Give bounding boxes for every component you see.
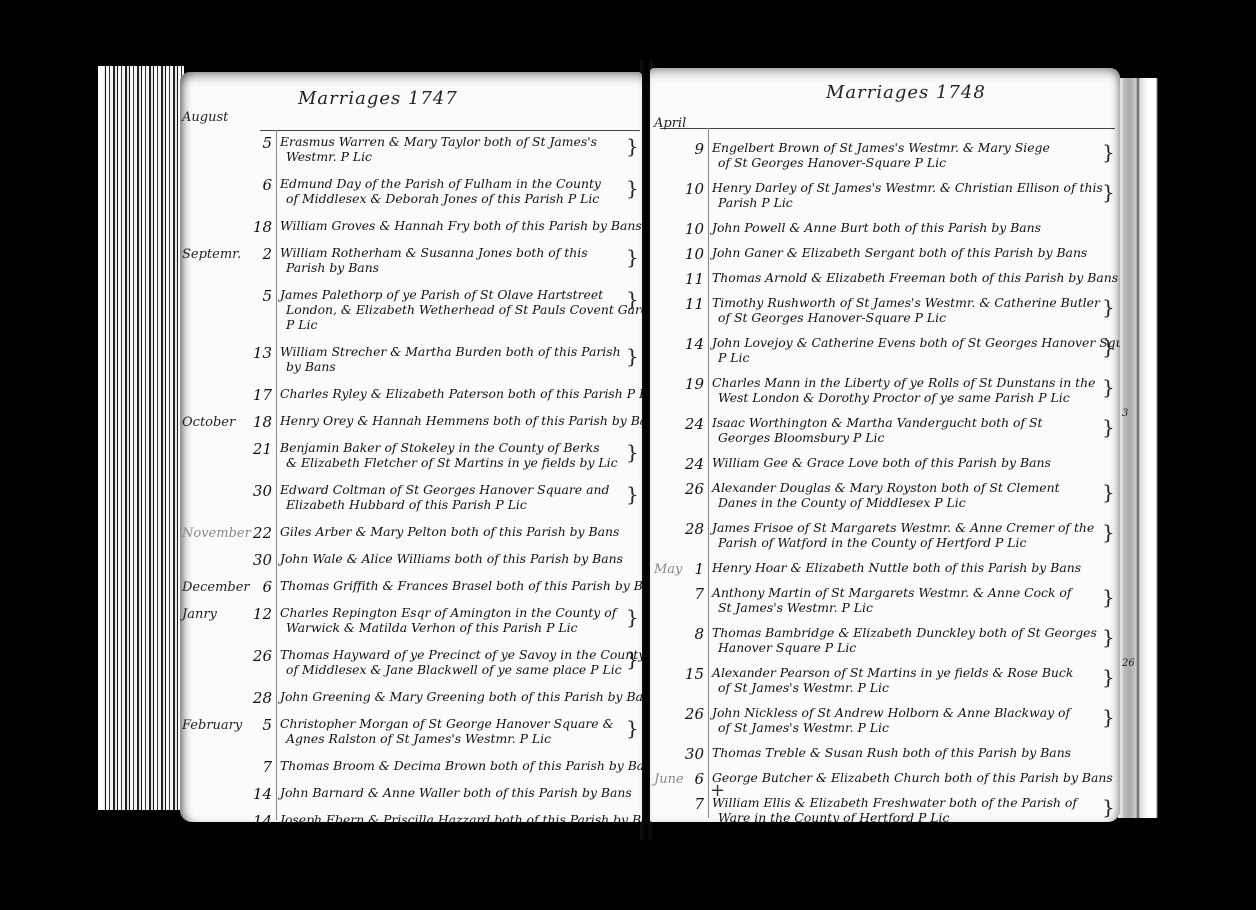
entry-text: George Butcher & Elizabeth Church both o… [712, 770, 1113, 785]
entry-text: William Gee & Grace Love both of this Pa… [712, 455, 1051, 470]
entry-day: 26 [676, 480, 704, 498]
entry-day: 6 [244, 578, 272, 596]
entry-text: Anthony Martin of St Margarets Westmr. &… [712, 585, 1071, 615]
date-column-rule [276, 130, 277, 820]
entry-brace: } [1102, 522, 1115, 542]
entry-line: & Elizabeth Fletcher of St Martins in ye… [280, 455, 618, 470]
entry-text: Thomas Broom & Decima Brown both of this… [280, 758, 642, 773]
entry-brace: } [1102, 142, 1115, 162]
entry-brace: } [626, 136, 639, 156]
entry-text: William Rotherham & Susanna Jones both o… [280, 245, 588, 275]
entry-line: John Powell & Anne Burt both of this Par… [712, 220, 1041, 235]
entry-line: Alexander Douglas & Mary Royston both of… [712, 480, 1060, 495]
entry-line: Alexander Pearson of St Martins in ye fi… [712, 665, 1073, 680]
date-column-rule [708, 128, 709, 818]
entry-line: Christopher Morgan of St George Hanover … [280, 716, 614, 731]
entry-line: Thomas Griffith & Frances Brasel both of… [280, 578, 642, 593]
entry-brace: } [1102, 482, 1115, 502]
entry-day: 8 [676, 625, 704, 643]
entry-text: Charles Mann in the Liberty of ye Rolls … [712, 375, 1095, 405]
entry-line: Benjamin Baker of Stokeley in the County… [280, 440, 618, 455]
entry-line: Thomas Treble & Susan Rush both of this … [712, 745, 1071, 760]
entry-day: 5 [244, 716, 272, 734]
header-rule [260, 130, 640, 131]
entry-line: Parish by Bans [280, 260, 588, 275]
edge-mark: 3 [1122, 408, 1128, 419]
entry-brace: } [626, 607, 639, 627]
entry-line: Erasmus Warren & Mary Taylor both of St … [280, 134, 597, 149]
entry-line: Charles Mann in the Liberty of ye Rolls … [712, 375, 1095, 390]
entry-text: Henry Hoar & Elizabeth Nuttle both of th… [712, 560, 1081, 575]
entry-text: John Nickless of St Andrew Holborn & Ann… [712, 705, 1070, 735]
entry-line: P Lic [712, 350, 1120, 365]
entry-day: 10 [676, 220, 704, 238]
entry-brace: } [1102, 667, 1115, 687]
entry-brace: } [1102, 627, 1115, 647]
entry-brace: } [626, 346, 639, 366]
cross-mark: + [710, 780, 725, 801]
left-page: Marriages 1747 August5Erasmus Warren & M… [180, 72, 642, 822]
entry-text: Henry Darley of St James's Westmr. & Chr… [712, 180, 1103, 210]
right-page-stack-edges: 3 26 [1118, 78, 1168, 818]
month-label: Janry [182, 607, 217, 622]
entry-line: Hanover Square P Lic [712, 640, 1097, 655]
entry-line: of St Georges Hanover-Square P Lic [712, 155, 1050, 170]
entry-brace: } [626, 484, 639, 504]
entry-text: John Ganer & Elizabeth Sergant both of t… [712, 245, 1087, 260]
entry-line: Parish of Watford in the County of Hertf… [712, 535, 1094, 550]
entry-line: West London & Dorothy Proctor of ye same… [712, 390, 1095, 405]
entry-day: 28 [244, 689, 272, 707]
entry-line: Parish P Lic [712, 195, 1103, 210]
entry-brace: } [1102, 297, 1115, 317]
entry-line: John Lovejoy & Catherine Evens both of S… [712, 335, 1120, 350]
entry-line: Westmr. P Lic [280, 149, 597, 164]
entry-line: William Ellis & Elizabeth Freshwater bot… [712, 795, 1077, 810]
entry-line: Agnes Ralston of St James's Westmr. P Li… [280, 731, 614, 746]
entry-line: Joseph Ebern & Priscilla Hazzard both of… [280, 812, 642, 822]
entry-text: John Barnard & Anne Waller both of this … [280, 785, 632, 800]
month-label: February [182, 718, 242, 733]
entry-line: Henry Darley of St James's Westmr. & Chr… [712, 180, 1103, 195]
entry-text: Timothy Rushworth of St James's Westmr. … [712, 295, 1100, 325]
entry-text: Edmund Day of the Parish of Fulham in th… [280, 176, 601, 206]
entry-day: 5 [244, 134, 272, 152]
entry-text: John Greening & Mary Greening both of th… [280, 689, 642, 704]
entry-day: 30 [244, 482, 272, 500]
entry-line: Edmund Day of the Parish of Fulham in th… [280, 176, 601, 191]
entry-line: James Frisoe of St Margarets Westmr. & A… [712, 520, 1094, 535]
entry-day: 9 [676, 140, 704, 158]
entry-line: of St James's Westmr. P Lic [712, 720, 1070, 735]
month-label: October [182, 415, 235, 430]
entry-line: Isaac Worthington & Martha Vandergucht b… [712, 415, 1042, 430]
right-page: Marriages 1748 April9Engelbert Brown of … [650, 68, 1120, 822]
entry-brace: } [1102, 417, 1115, 437]
entry-text: Thomas Treble & Susan Rush both of this … [712, 745, 1071, 760]
entry-text: Charles Repington Esqr of Amington in th… [280, 605, 616, 635]
entry-line: P Lic [280, 317, 642, 332]
entry-line: Charles Ryley & Elizabeth Paterson both … [280, 386, 642, 401]
entry-text: William Strecher & Martha Burden both of… [280, 344, 621, 374]
page-heading: Marriages 1747 [298, 88, 458, 109]
entry-line: John Barnard & Anne Waller both of this … [280, 785, 632, 800]
entry-day: 18 [244, 218, 272, 236]
entry-line: Ware in the County of Hertford P Lic [712, 810, 1077, 822]
entry-line: Warwick & Matilda Verhon of this Parish … [280, 620, 616, 635]
entry-text: Isaac Worthington & Martha Vandergucht b… [712, 415, 1042, 445]
entry-day: 1 [676, 560, 704, 578]
entry-day: 12 [244, 605, 272, 623]
entry-text: Charles Ryley & Elizabeth Paterson both … [280, 386, 642, 401]
month-label: Septemr. [182, 247, 241, 262]
entry-day: 7 [244, 758, 272, 776]
entry-day: 6 [244, 176, 272, 194]
entry-line: Thomas Arnold & Elizabeth Freeman both o… [712, 270, 1118, 285]
entry-text: Benjamin Baker of Stokeley in the County… [280, 440, 618, 470]
entry-day: 26 [676, 705, 704, 723]
entry-brace: } [1102, 707, 1115, 727]
entry-day: 14 [676, 335, 704, 353]
entry-line: Elizabeth Hubbard of this Parish P Lic [280, 497, 609, 512]
entry-day: 7 [676, 795, 704, 813]
entry-line: by Bans [280, 359, 621, 374]
entry-line: Danes in the County of Middlesex P Lic [712, 495, 1060, 510]
entry-brace: } [1102, 587, 1115, 607]
entry-day: 30 [244, 551, 272, 569]
entry-line: London, & Elizabeth Wetherhead of St Pau… [280, 302, 642, 317]
entry-text: Joseph Ebern & Priscilla Hazzard both of… [280, 812, 642, 822]
entry-line: Georges Bloomsbury P Lic [712, 430, 1042, 445]
entry-text: Alexander Douglas & Mary Royston both of… [712, 480, 1060, 510]
entry-day: 22 [244, 524, 272, 542]
entry-brace: } [626, 289, 639, 309]
entry-line: John Ganer & Elizabeth Sergant both of t… [712, 245, 1087, 260]
entry-day: 14 [244, 812, 272, 822]
entry-day: 28 [676, 520, 704, 538]
month-label: August [182, 110, 228, 125]
entry-text: Henry Orey & Hannah Hemmens both of this… [280, 413, 642, 428]
entry-brace: } [626, 178, 639, 198]
entry-line: Edward Coltman of St Georges Hanover Squ… [280, 482, 609, 497]
entry-text: John Powell & Anne Burt both of this Par… [712, 220, 1041, 235]
entry-line: Anthony Martin of St Margarets Westmr. &… [712, 585, 1071, 600]
entry-text: Alexander Pearson of St Martins in ye fi… [712, 665, 1073, 695]
entry-line: of Middlesex & Deborah Jones of this Par… [280, 191, 601, 206]
entry-line: John Greening & Mary Greening both of th… [280, 689, 642, 704]
entry-day: 14 [244, 785, 272, 803]
entry-day: 26 [244, 647, 272, 665]
entry-text: Thomas Arnold & Elizabeth Freeman both o… [712, 270, 1118, 285]
entry-text: Edward Coltman of St Georges Hanover Squ… [280, 482, 609, 512]
entry-line: William Gee & Grace Love both of this Pa… [712, 455, 1051, 470]
entry-text: James Palethorp of ye Parish of St Olave… [280, 287, 642, 332]
entry-day: 17 [244, 386, 272, 404]
entry-text: Thomas Griffith & Frances Brasel both of… [280, 578, 642, 593]
entry-day: 11 [676, 270, 704, 288]
entry-text: Thomas Bambridge & Elizabeth Dunckley bo… [712, 625, 1097, 655]
entry-day: 30 [676, 745, 704, 763]
entry-brace: } [1102, 182, 1115, 202]
entry-line: Thomas Hayward of ye Precinct of ye Savo… [280, 647, 642, 662]
entry-day: 10 [676, 245, 704, 263]
entry-day: 7 [676, 585, 704, 603]
open-register-book: 3 26 Marriages 1747 August5Erasmus Warre… [0, 0, 1256, 910]
entry-text: Giles Arber & Mary Pelton both of this P… [280, 524, 619, 539]
edge-mark: 26 [1122, 658, 1135, 669]
entry-day: 24 [676, 415, 704, 433]
entry-day: 24 [676, 455, 704, 473]
entry-line: Timothy Rushworth of St James's Westmr. … [712, 295, 1100, 310]
entry-line: Thomas Bambridge & Elizabeth Dunckley bo… [712, 625, 1097, 640]
entry-text: Thomas Hayward of ye Precinct of ye Savo… [280, 647, 642, 677]
entry-brace: } [626, 247, 639, 267]
left-page-stack-edges [98, 66, 184, 810]
entry-line: John Nickless of St Andrew Holborn & Ann… [712, 705, 1070, 720]
entry-text: James Frisoe of St Margarets Westmr. & A… [712, 520, 1094, 550]
entry-day: 21 [244, 440, 272, 458]
entry-line: of St James's Westmr. P Lic [712, 680, 1073, 695]
entry-line: of Middlesex & Jane Blackwell of ye same… [280, 662, 642, 677]
entry-day: 15 [676, 665, 704, 683]
header-rule [660, 128, 1115, 129]
entry-line: Charles Repington Esqr of Amington in th… [280, 605, 616, 620]
entry-brace: } [626, 649, 639, 669]
entry-day: 5 [244, 287, 272, 305]
entry-text: Engelbert Brown of St James's Westmr. & … [712, 140, 1050, 170]
entry-brace: } [626, 718, 639, 738]
entry-brace: } [1102, 377, 1115, 397]
entry-text: William Ellis & Elizabeth Freshwater bot… [712, 795, 1077, 822]
entry-day: 2 [244, 245, 272, 263]
month-label: April [654, 116, 686, 131]
entry-line: of St Georges Hanover-Square P Lic [712, 310, 1100, 325]
entry-day: 11 [676, 295, 704, 313]
page-heading: Marriages 1748 [826, 82, 986, 103]
entry-text: John Wale & Alice Williams both of this … [280, 551, 623, 566]
entry-brace: } [1102, 797, 1115, 817]
entry-line: Giles Arber & Mary Pelton both of this P… [280, 524, 619, 539]
entry-line: William Groves & Hannah Fry both of this… [280, 218, 642, 233]
entry-line: William Rotherham & Susanna Jones both o… [280, 245, 588, 260]
entry-line: William Strecher & Martha Burden both of… [280, 344, 621, 359]
entry-line: George Butcher & Elizabeth Church both o… [712, 770, 1113, 785]
entry-text: Erasmus Warren & Mary Taylor both of St … [280, 134, 597, 164]
entry-text: Christopher Morgan of St George Hanover … [280, 716, 614, 746]
entry-line: James Palethorp of ye Parish of St Olave… [280, 287, 642, 302]
entry-day: 10 [676, 180, 704, 198]
entry-day: 19 [676, 375, 704, 393]
entry-day: 6 [676, 770, 704, 788]
entry-line: Thomas Broom & Decima Brown both of this… [280, 758, 642, 773]
entry-day: 13 [244, 344, 272, 362]
entry-line: John Wale & Alice Williams both of this … [280, 551, 623, 566]
month-label: December [182, 580, 250, 595]
entry-text: John Lovejoy & Catherine Evens both of S… [712, 335, 1120, 365]
entry-line: Engelbert Brown of St James's Westmr. & … [712, 140, 1050, 155]
entry-brace: } [626, 442, 639, 462]
entry-brace: } [1102, 337, 1115, 357]
entry-line: St James's Westmr. P Lic [712, 600, 1071, 615]
entry-line: Henry Hoar & Elizabeth Nuttle both of th… [712, 560, 1081, 575]
entry-text: William Groves & Hannah Fry both of this… [280, 218, 642, 233]
month-label: November [182, 526, 251, 541]
entry-day: 18 [244, 413, 272, 431]
entry-line: Henry Orey & Hannah Hemmens both of this… [280, 413, 642, 428]
